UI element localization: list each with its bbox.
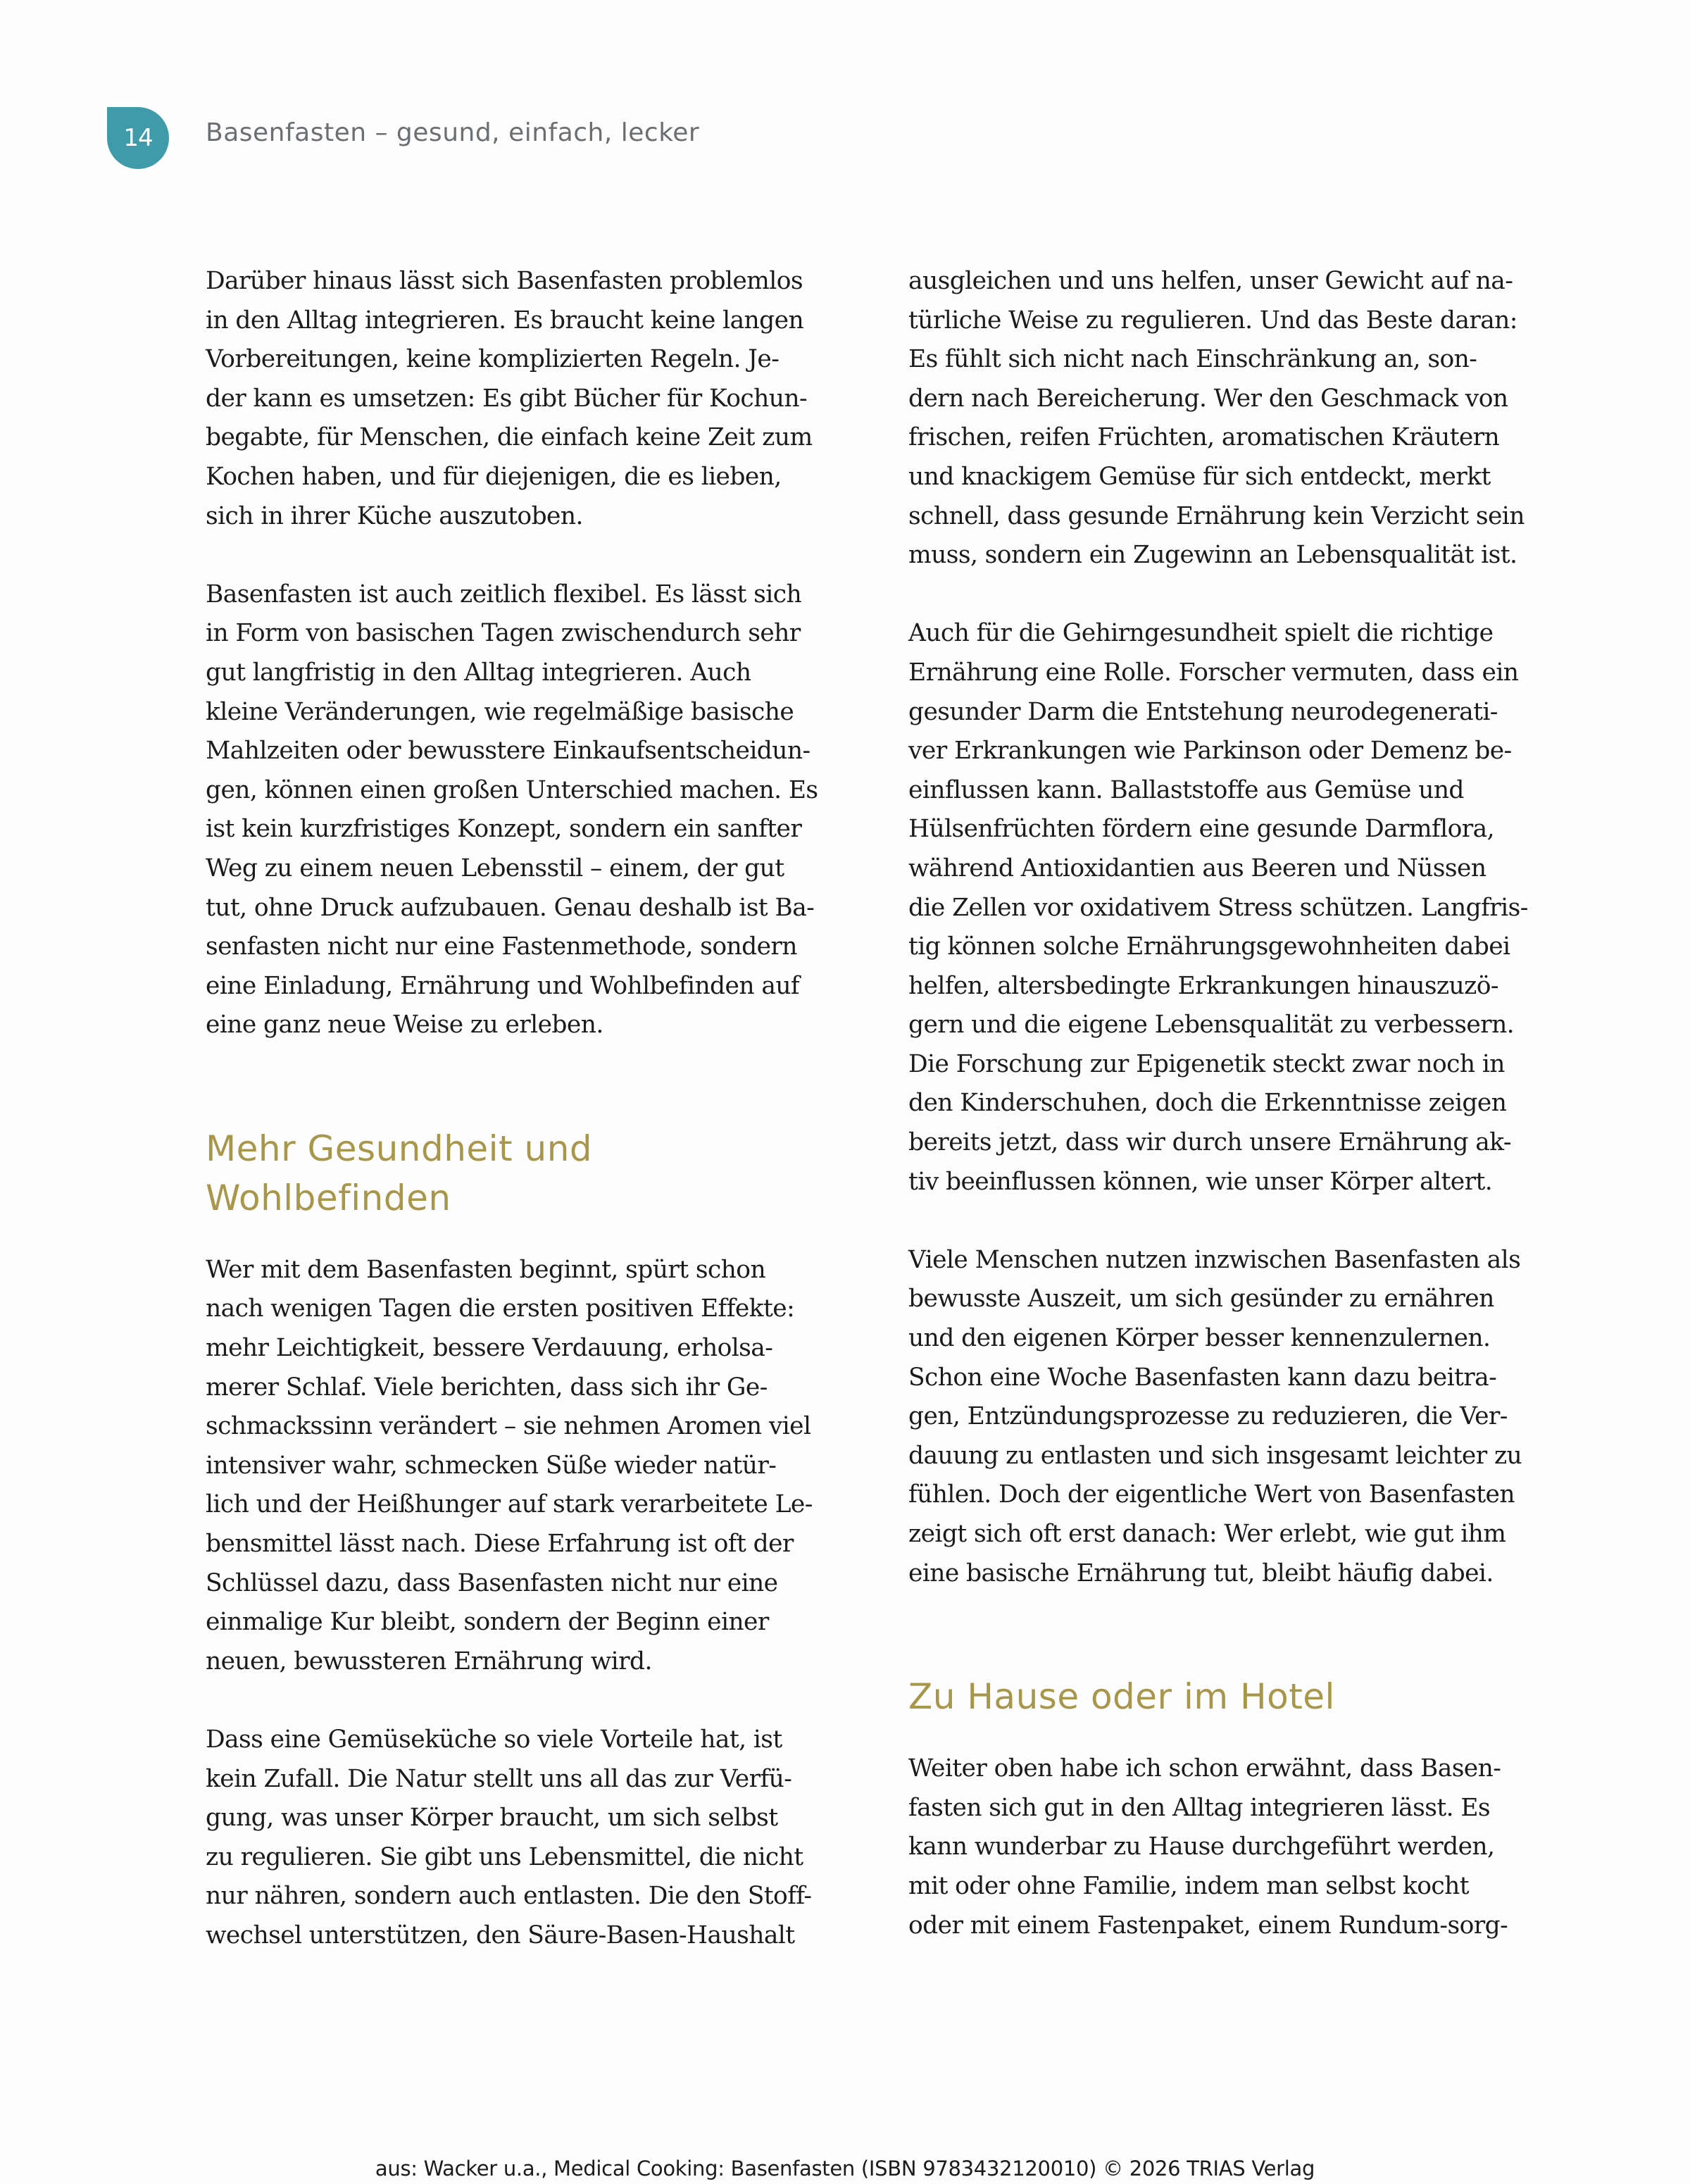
text-line: fühlen. Doch der eigentliche Wert von Ba…	[908, 1475, 1546, 1515]
text-line: Zu Hause oder im Hotel	[908, 1672, 1546, 1721]
text-line: kann wunderbar zu Hause durchgeführt wer…	[908, 1828, 1546, 1867]
paragraph: Basenfasten ist auch zeitlich flexibel. …	[206, 575, 843, 1045]
text-line: in den Alltag integrieren. Es braucht ke…	[206, 301, 843, 341]
text-line: mit oder ohne Familie, indem man selbst …	[908, 1867, 1546, 1907]
paragraph: Dass eine Gemüseküche so viele Vorteile …	[206, 1721, 843, 1956]
text-line: Mahlzeiten oder bewusstere Einkaufsentsc…	[206, 732, 843, 771]
text-line: während Antioxidantien aus Beeren und Nü…	[908, 849, 1546, 889]
section-heading: Mehr Gesundheit undWohlbefinden	[206, 1124, 843, 1223]
text-line: zeigt sich oft erst danach: Wer erlebt, …	[908, 1515, 1546, 1554]
text-line: fasten sich gut in den Alltag integriere…	[908, 1789, 1546, 1828]
paragraph: ausgleichen und uns helfen, unser Gewich…	[908, 262, 1546, 575]
text-line: und knackigem Gemüse für sich entdeckt, …	[908, 458, 1546, 497]
text-line: Basenfasten ist auch zeitlich flexibel. …	[206, 575, 843, 615]
text-line: gut langfristig in den Alltag integriere…	[206, 654, 843, 693]
text-line: senfasten nicht nur eine Fastenmethode, …	[206, 928, 843, 967]
text-line: gen, Entzündungsprozesse zu reduzieren, …	[908, 1397, 1546, 1437]
text-line: schnell, dass gesunde Ernährung kein Ver…	[908, 497, 1546, 537]
text-line: frischen, reifen Früchten, aromatischen …	[908, 418, 1546, 458]
paragraph: Weiter oben habe ich schon erwähnt, dass…	[908, 1749, 1546, 1945]
text-line: und den eigenen Körper besser kennenzule…	[908, 1319, 1546, 1359]
page-number-badge: 14	[107, 107, 169, 169]
text-line: dauung zu entlasten und sich insgesamt l…	[908, 1437, 1546, 1476]
paragraph: Viele Menschen nutzen inzwischen Basenfa…	[908, 1241, 1546, 1593]
text-line: nach wenigen Tagen die ersten positiven …	[206, 1290, 843, 1329]
text-line: Dass eine Gemüseküche so viele Vorteile …	[206, 1721, 843, 1760]
text-line: schmackssinn verändert – sie nehmen Arom…	[206, 1407, 843, 1447]
paragraph: Wer mit dem Basenfasten beginnt, spürt s…	[206, 1251, 843, 1682]
text-line: Vorbereitungen, keine komplizierten Rege…	[206, 340, 843, 380]
text-line: ver Erkrankungen wie Parkinson oder Deme…	[908, 732, 1546, 771]
text-line: türliche Weise zu regulieren. Und das Be…	[908, 301, 1546, 341]
page-number: 14	[123, 124, 152, 152]
text-line: Wohlbefinden	[206, 1173, 843, 1223]
text-line: muss, sondern ein Zugewinn an Lebensqual…	[908, 536, 1546, 575]
text-line: Weg zu einem neuen Lebensstil – einem, d…	[206, 849, 843, 889]
text-line: intensiver wahr, schmecken Süße wieder n…	[206, 1447, 843, 1486]
text-line: bereits jetzt, dass wir durch unsere Ern…	[908, 1123, 1546, 1163]
right-column: ausgleichen und uns helfen, unser Gewich…	[908, 262, 1546, 1985]
text-line: ausgleichen und uns helfen, unser Gewich…	[908, 262, 1546, 301]
text-line: Darüber hinaus lässt sich Basenfasten pr…	[206, 262, 843, 301]
text-line: gesunder Darm die Entstehung neurodegene…	[908, 693, 1546, 732]
text-line: Schlüssel dazu, dass Basenfasten nicht n…	[206, 1564, 843, 1604]
text-line: Ernährung eine Rolle. Forscher vermuten,…	[908, 654, 1546, 693]
text-line: der kann es umsetzen: Es gibt Bücher für…	[206, 380, 843, 419]
text-line: tig können solche Ernährungsgewohnheiten…	[908, 928, 1546, 967]
text-line: gen, können einen großen Unterschied mac…	[206, 771, 843, 811]
text-line: eine Einladung, Ernährung und Wohlbefind…	[206, 967, 843, 1006]
text-line: dern nach Bereicherung. Wer den Geschmac…	[908, 380, 1546, 419]
text-line: Weiter oben habe ich schon erwähnt, dass…	[908, 1749, 1546, 1789]
text-line: lich und der Heißhunger auf stark verarb…	[206, 1485, 843, 1525]
text-line: eine basische Ernährung tut, bleibt häuf…	[908, 1554, 1546, 1594]
text-line: eine ganz neue Weise zu erleben.	[206, 1006, 843, 1045]
text-line: Viele Menschen nutzen inzwischen Basenfa…	[908, 1241, 1546, 1280]
text-line: Schon eine Woche Basenfasten kann dazu b…	[908, 1359, 1546, 1398]
text-line: neuen, bewussteren Ernährung wird.	[206, 1642, 843, 1682]
text-line: Hülsenfrüchten fördern eine gesunde Darm…	[908, 810, 1546, 849]
text-line: mehr Leichtigkeit, bessere Verdauung, er…	[206, 1329, 843, 1368]
text-line: Auch für die Gehirngesundheit spielt die…	[908, 614, 1546, 654]
text-line: merer Schlaf. Viele berichten, dass sich…	[206, 1368, 843, 1408]
text-line: bensmittel lässt nach. Diese Erfahrung i…	[206, 1525, 843, 1564]
text-line: die Zellen vor oxidativem Stress schütze…	[908, 889, 1546, 928]
left-column: Darüber hinaus lässt sich Basenfasten pr…	[206, 262, 843, 1995]
text-line: in Form von basischen Tagen zwischendurc…	[206, 614, 843, 654]
text-line: Wer mit dem Basenfasten beginnt, spürt s…	[206, 1251, 843, 1290]
text-line: tut, ohne Druck aufzubauen. Genau deshal…	[206, 889, 843, 928]
text-line: Mehr Gesundheit und	[206, 1124, 843, 1173]
text-line: kein Zufall. Die Natur stellt uns all da…	[206, 1760, 843, 1799]
book-page: 14 Basenfasten – gesund, einfach, lecker…	[0, 0, 1690, 2184]
text-line: kleine Veränderungen, wie regelmäßige ba…	[206, 693, 843, 732]
text-line: gern und die eigene Lebensqualität zu ve…	[908, 1006, 1546, 1045]
text-line: bewusste Auszeit, um sich gesünder zu er…	[908, 1280, 1546, 1319]
text-line: gung, was unser Körper braucht, um sich …	[206, 1799, 843, 1838]
section-heading: Zu Hause oder im Hotel	[908, 1672, 1546, 1721]
copyright-footer: aus: Wacker u.a., Medical Cooking: Basen…	[0, 2157, 1690, 2180]
running-title: Basenfasten – gesund, einfach, lecker	[206, 118, 699, 147]
text-line: Kochen haben, und für diejenigen, die es…	[206, 458, 843, 497]
text-line: ist kein kurzfristiges Konzept, sondern …	[206, 810, 843, 849]
text-line: begabte, für Menschen, die einfach keine…	[206, 418, 843, 458]
text-line: helfen, altersbedingte Erkrankungen hina…	[908, 967, 1546, 1006]
text-line: tiv beeinflussen können, wie unser Körpe…	[908, 1163, 1546, 1202]
text-line: oder mit einem Fastenpaket, einem Rundum…	[908, 1907, 1546, 1946]
text-line: den Kinderschuhen, doch die Erkenntnisse…	[908, 1084, 1546, 1123]
text-line: nur nähren, sondern auch entlasten. Die …	[206, 1877, 843, 1916]
text-line: Es fühlt sich nicht nach Einschränkung a…	[908, 340, 1546, 380]
text-line: zu regulieren. Sie gibt uns Lebensmittel…	[206, 1838, 843, 1878]
text-line: wechsel unterstützen, den Säure-Basen-Ha…	[206, 1916, 843, 1956]
text-line: einmalige Kur bleibt, sondern der Beginn…	[206, 1603, 843, 1642]
text-line: einflussen kann. Ballaststoffe aus Gemüs…	[908, 771, 1546, 811]
paragraph: Darüber hinaus lässt sich Basenfasten pr…	[206, 262, 843, 536]
text-line: sich in ihrer Küche auszutoben.	[206, 497, 843, 537]
text-line: Die Forschung zur Epigenetik steckt zwar…	[908, 1045, 1546, 1085]
paragraph: Auch für die Gehirngesundheit spielt die…	[908, 614, 1546, 1202]
